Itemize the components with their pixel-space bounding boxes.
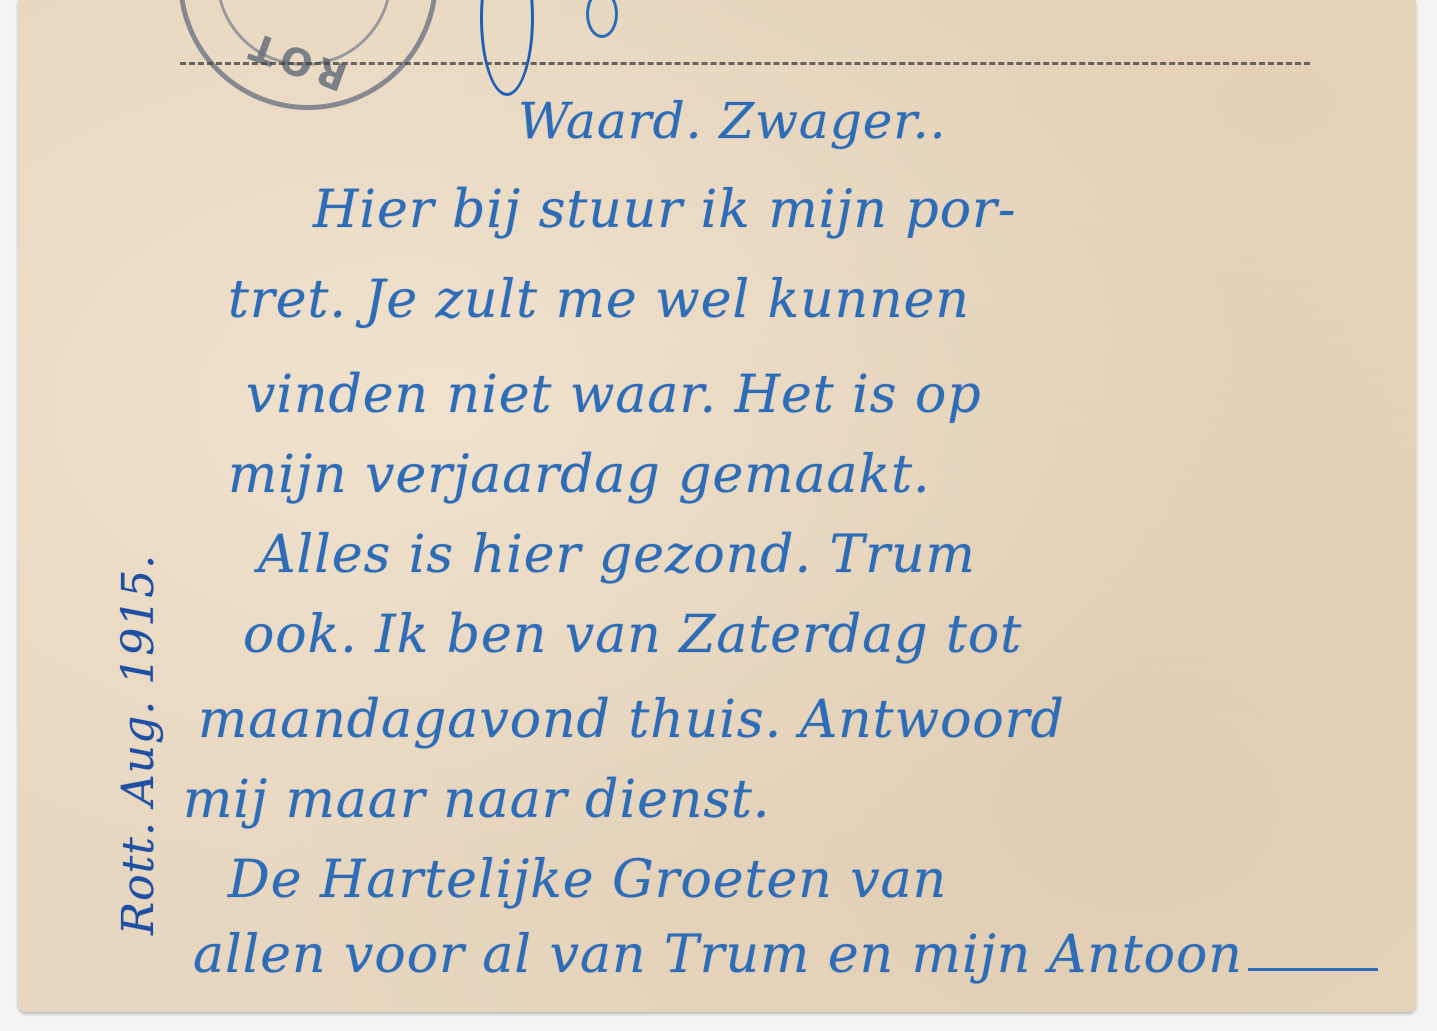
postcard: ROT Waard. Zwager.. Hier bij stuur ik mi… xyxy=(18,0,1416,1012)
ink-flourish xyxy=(586,0,618,38)
letter-line: ook. Ik ben van Zaterdag tot xyxy=(243,605,1022,665)
letter-line: tret. Je zult me wel kunnen xyxy=(228,270,970,330)
letter-salutation: Waard. Zwager.. xyxy=(518,92,947,150)
letter-line: mij maar naar dienst. xyxy=(183,770,770,830)
letter-line: allen voor al van Trum en mijn Antoon xyxy=(193,925,1243,985)
letter-line: vinden niet waar. Het is op xyxy=(246,365,982,425)
letter-line: De Hartelijke Groeten van xyxy=(228,850,947,910)
letter-line: Alles is hier gezond. Trum xyxy=(258,525,976,585)
ink-flourish xyxy=(480,0,534,96)
signature-underline xyxy=(1248,968,1378,971)
letter-line: Hier bij stuur ik mijn por- xyxy=(313,180,1016,240)
letter-line: maandagavond thuis. Antwoord xyxy=(198,690,1065,750)
margin-date-note: Rott. Aug. 1915. xyxy=(113,554,164,935)
address-divider-line xyxy=(180,62,1310,65)
letter-line: mijn verjaardag gemaakt. xyxy=(228,445,931,505)
